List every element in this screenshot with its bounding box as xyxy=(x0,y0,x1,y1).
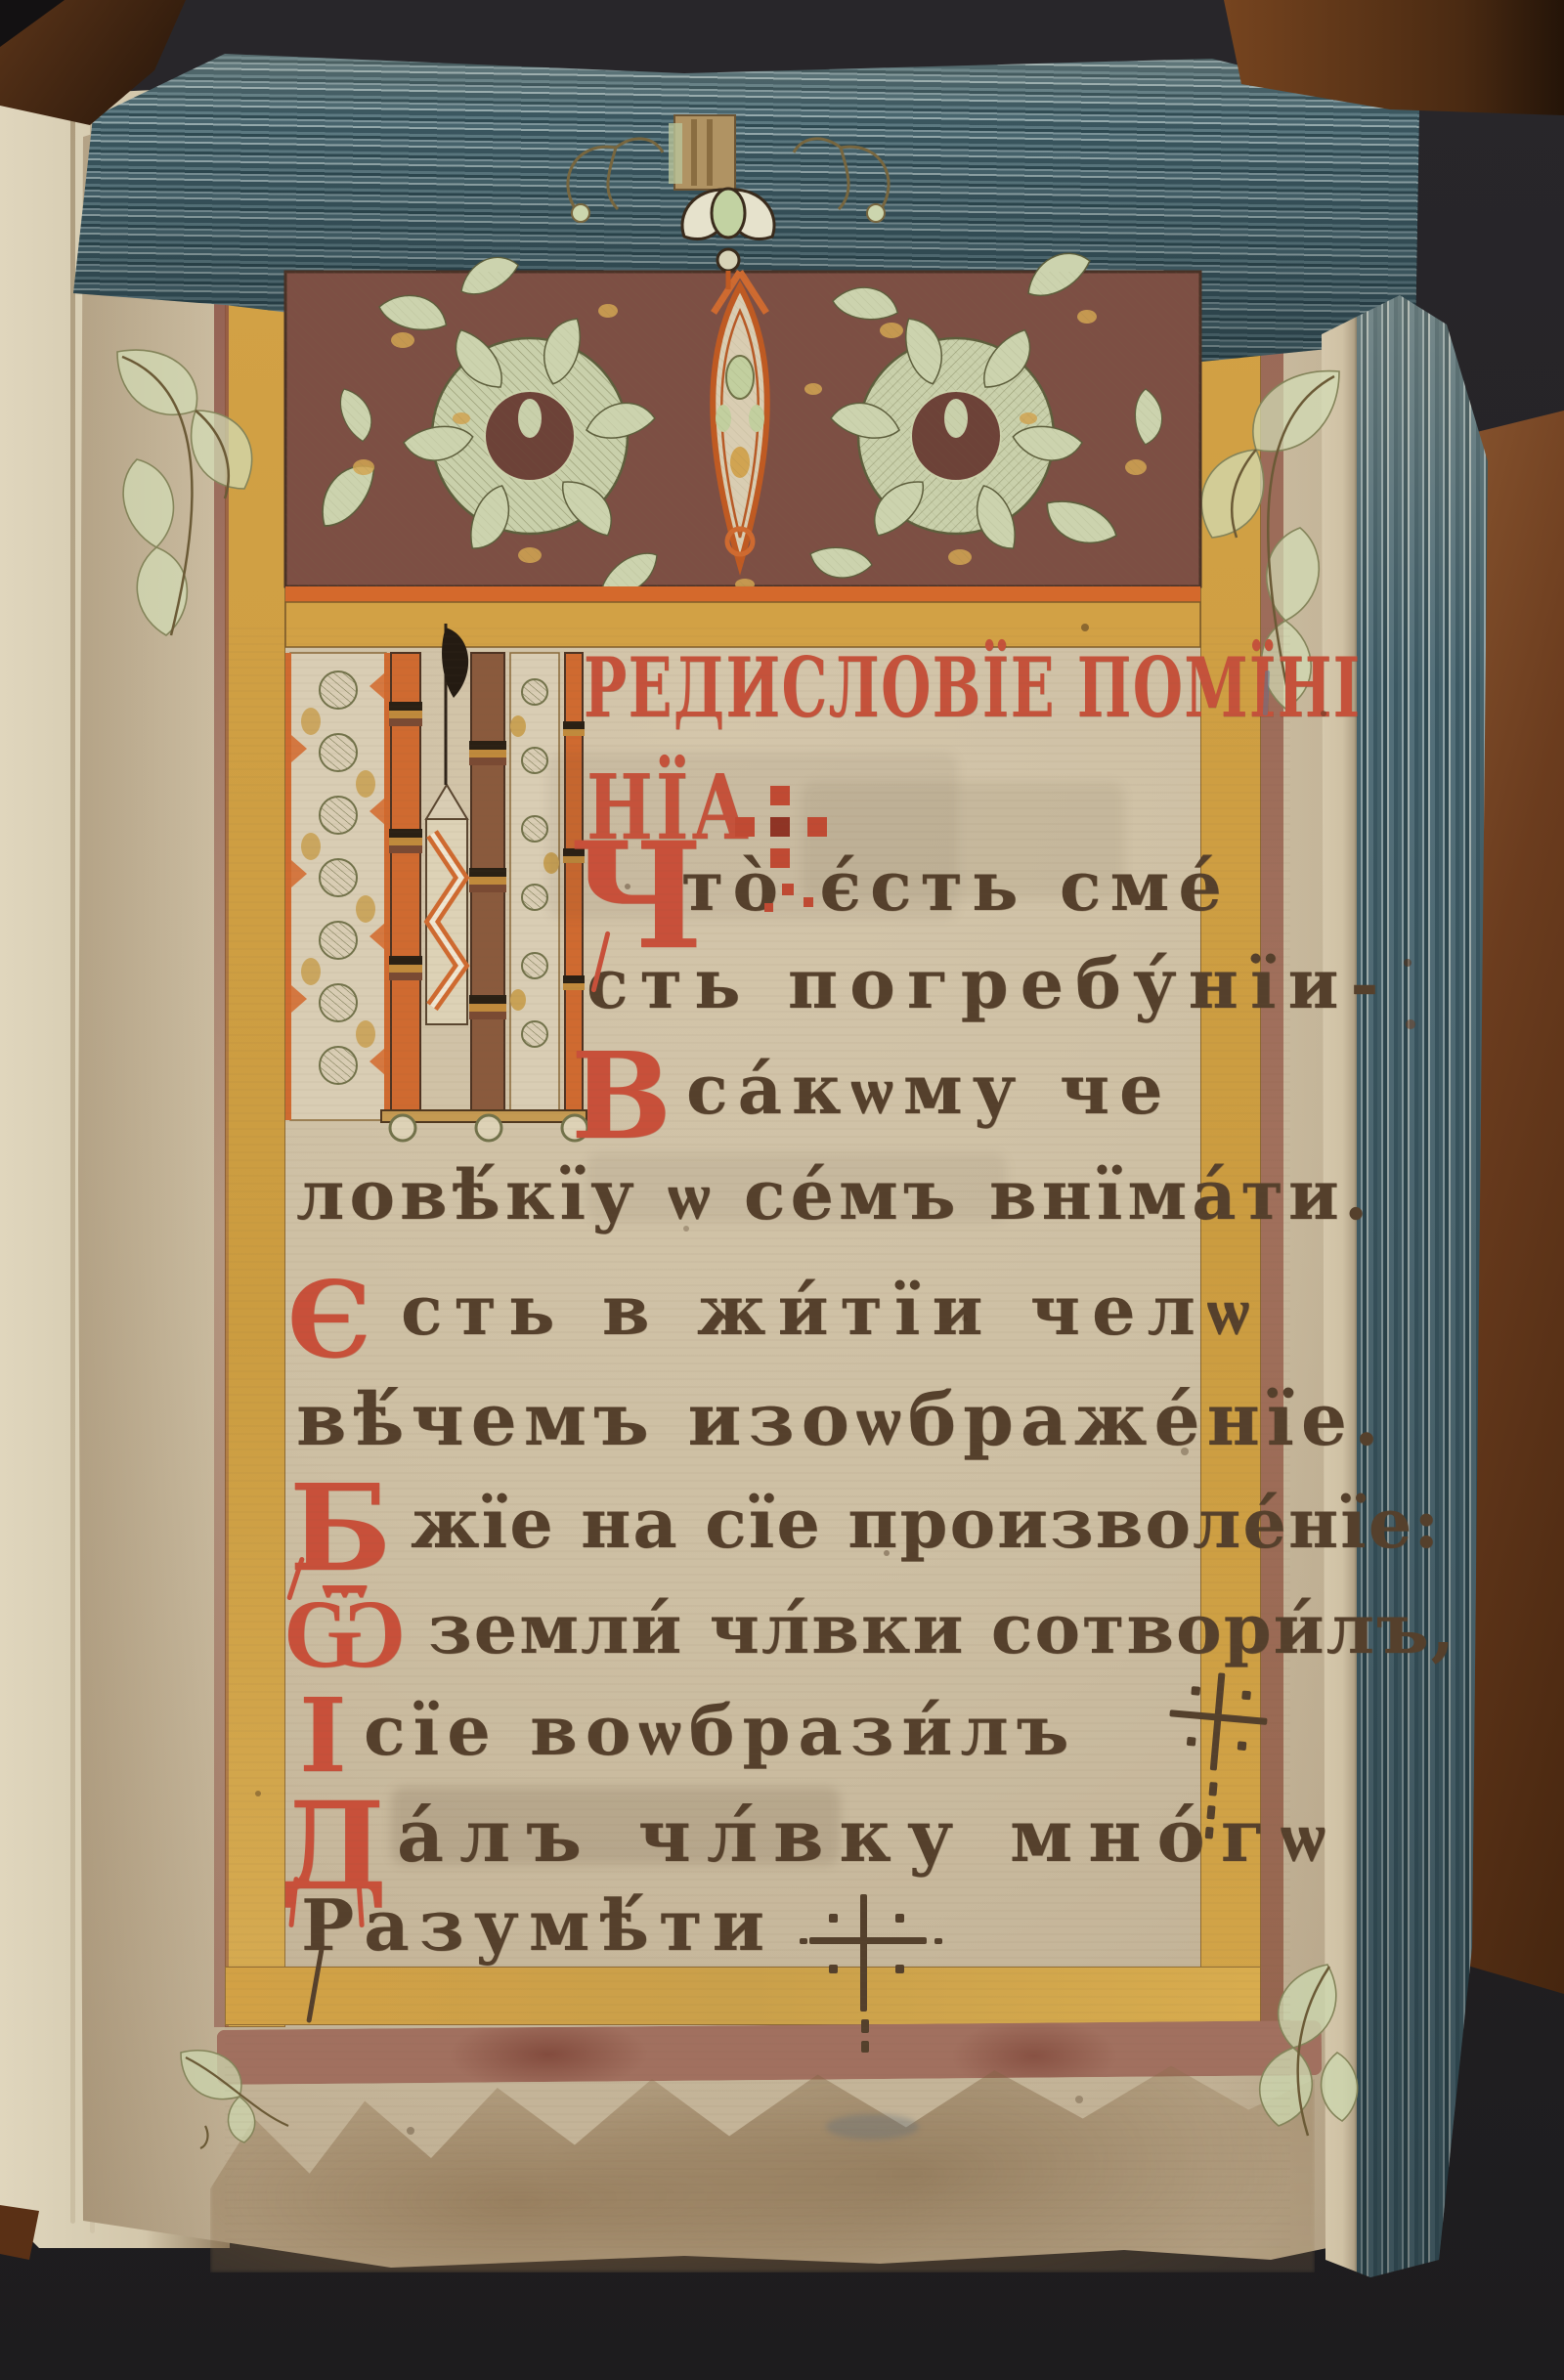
drop-initial-line-3: В xyxy=(571,1036,672,1155)
ornament-quatrefoil-red: ⁘ xyxy=(725,778,843,925)
background-gap xyxy=(0,0,68,49)
drop-initial-line-7: Б xyxy=(289,1468,391,1587)
drop-initial-line-5: Є xyxy=(287,1268,371,1373)
frame-bottom-yellow-band xyxy=(225,1967,1261,2025)
corner-leaf-bottom-left xyxy=(166,2033,293,2150)
ornament-cross-brown: ⁘ xyxy=(1151,1668,1292,1845)
text-line-2: сть погребу́нїи- xyxy=(586,950,1390,1018)
text-line-7: жїе на сїе произволе́нїе: xyxy=(411,1490,1441,1558)
headpiece-finial-flower xyxy=(547,94,909,295)
gray-smudge xyxy=(826,2114,919,2140)
drop-cap-ornament: П xyxy=(283,584,586,1151)
text-line-9: сїе воѡбрази́лъ xyxy=(364,1697,1076,1765)
drop-initial-line-8: Ѿ xyxy=(283,1583,406,1681)
text-line-8: земли́ чл́вки сотвори́лъ, xyxy=(428,1595,1456,1664)
corner-leaf-bottom-right xyxy=(1220,1955,1367,2141)
foxing-specks xyxy=(0,0,4,4)
text-line-6: вѣ́чемъ изоѡбраже́нїе. xyxy=(296,1384,1386,1456)
drop-initial-line-9: І xyxy=(299,1685,347,1787)
fore-edge-blue-stripes xyxy=(1357,288,1500,2287)
text-line-4: ловѣ́кїу ѡ се́мъ внїма́ти. xyxy=(296,1161,1372,1230)
text-line-3: са́кѡму че xyxy=(686,1056,1173,1124)
gutter-crease xyxy=(70,93,75,2224)
drop-initial-line-1: Ч xyxy=(570,823,704,970)
heading-line-1: РЕДИСЛОВЇЕ ПОМЇНІ xyxy=(584,647,1362,729)
book-photo: П РЕДИСЛОВЇЕ ПОМЇНІ НЇА ⁘ Ч В Є Б Ѿ І Д … xyxy=(0,0,1564,2380)
ornament-cross-brown: ⁘ xyxy=(800,1886,956,2053)
text-line-5: сть в жи́тїи челѡ xyxy=(401,1277,1261,1345)
